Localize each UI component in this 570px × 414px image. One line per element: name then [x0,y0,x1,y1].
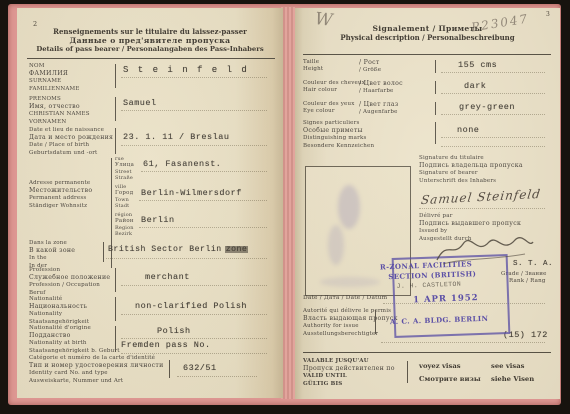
write-line [441,136,545,138]
left-page-header: Renseignements sur le titulaire du laiss… [17,27,283,53]
bearer-signature-label: Signature du titulaire Подпись владельца… [419,155,523,185]
header-line-en-de: Details of pass bearer / Personalangaben… [17,45,283,53]
write-line [121,352,267,354]
eyes-label-west: Couleur des yeux Eye colour [303,101,355,116]
header-line-ru: Данные о пред'явителе пропуска [17,36,283,45]
write-line [441,113,545,115]
field-divider [435,60,436,73]
passport-spread-photo: 2 Renseignements sur le titulaire du lai… [0,0,570,414]
identity-label: Catégorie et numéro de la carte d'identi… [29,355,164,385]
height-label-east: / Рост / Größe [359,59,381,74]
street-label: rue Улица Street Straße [115,156,134,181]
stamp-line-building: A. C. A. BLDG. BERLIN [390,314,489,326]
header-line-fr-ru: Signalement / Приметы [295,24,560,33]
zone-label: Dans la zone В какой зоне In the In der [29,240,75,270]
eyes-label-east: / Цвет глаз / Augenfarbe [359,101,399,116]
header-line-en-de: Physical description / Personalbeschreib… [295,33,560,42]
field-divider [115,297,116,321]
issuer-signature-scrawl [433,234,537,266]
marks-value: none [457,125,479,135]
write-line [139,199,267,201]
write-line [141,170,267,172]
town-value: Berlin-Wilmersdorf [141,188,242,198]
write-line [121,109,267,111]
write-line [139,226,267,228]
write-line [121,144,267,146]
see-visas-de: siehe Visen [491,375,534,383]
surname-value: S t e i n f e l d [123,65,249,75]
bearer-signature: Samuel Steinfeld [420,187,542,207]
height-value: 155 cms [458,60,497,70]
field-divider [115,97,116,121]
nationality-birth-value: Polish [157,326,191,336]
field-divider [169,360,170,378]
surname-label: NOM ФАМИЛИЯ SURNAME FAMILIENNAME [29,63,80,93]
right-page-number: 3 [546,11,550,18]
right-page: W P23047 3 Signalement / Приметы Physica… [295,8,560,399]
hair-value: dark [464,81,486,91]
profession-label: Profession Служебное положение Professio… [29,267,110,297]
field-divider [115,128,116,154]
header-rule [27,58,275,59]
hair-label-west: Couleur des cheveux Hair colour [303,80,365,95]
binding-gutter [281,7,296,399]
firstname-label: PRENOMS Имя, отчество CHRISTIAN NAMES VO… [29,96,90,126]
issuing-stamp: R-ZONAL FACILITIES SECTION (BRITISH) J. … [392,254,511,338]
write-line [121,313,267,315]
zone-struck-word: zone [226,245,248,254]
valid-until-label: VALABLE JUSQU'AU Пропуск действителен по… [303,358,395,388]
write-line [441,145,545,147]
nationality-label: Nationalité Национальность Nationality S… [29,296,89,326]
authority-label: Autorité qui délivre le permis Власть вы… [303,308,398,338]
header-rule [303,54,551,55]
birth-label: Date et lieu de naissance Дата и место р… [29,127,113,157]
height-label-west: Taille Height [303,59,323,74]
nationality-birth-label: Nationalité d'origine Подданство Nationa… [29,325,120,355]
stamp-line-section: SECTION (BRITISH) [388,269,476,281]
stamp-smudge [338,185,360,229]
birth-value: 23. 1. 11 / Breslau [123,132,229,142]
region-label: région Район Region Bezirk [115,212,134,237]
region-value: Berlin [141,215,175,225]
fremden-pass-note: Fremden pass No. [121,340,211,350]
see-visas-ru: Смотрите визы [419,375,481,383]
write-line [121,76,267,78]
field-divider [115,268,116,292]
profession-value: merchant [145,272,190,282]
field-divider [103,242,104,262]
field-divider [115,64,116,88]
field-divider [115,326,116,352]
section-rule [303,352,551,353]
write-line [381,341,545,343]
stamp-date: 1 APR 1952 [413,293,479,305]
field-divider [435,102,436,115]
street-value: 61, Fasanenst. [143,159,221,169]
write-line [106,257,267,259]
zone-value: British Sector Berlinzone [108,245,247,254]
hair-label-east: / Цвет волос / Haarfarbe [359,80,403,95]
write-line [419,207,545,209]
nationality-value: non-clarified Polish [135,301,247,311]
field-divider [435,122,436,144]
stamp-smudge [320,277,380,287]
marks-label: Signes particuliers Особые приметы Disti… [303,120,374,150]
address-label: Adresse permanente Местожительство Perma… [29,180,92,210]
header-line-fr: Renseignements sur le titulaire du laiss… [17,27,283,36]
stamp-officer-typed: J. H. CASTLETON [397,281,462,290]
stamp-smudge [328,225,344,265]
see-visas-en: see visas [491,362,524,370]
identity-value: 632/51 [183,363,217,373]
write-line [177,375,257,377]
date-label: Date / Дата / Date / Datum [303,295,387,303]
write-line [441,92,545,94]
field-divider [435,81,436,94]
town-label: ville Город Town Stadt [115,184,133,209]
eyes-value: grey-green [459,102,515,112]
write-line [441,71,545,73]
field-divider [375,310,376,334]
see-visas-fr: voyez visas [419,362,461,370]
write-line [121,284,267,286]
write-line [121,337,267,339]
left-page: 2 Renseignements sur le titulaire du lai… [17,8,283,398]
firstname-value: Samuel [123,98,157,108]
field-divider [407,361,408,383]
right-page-header: Signalement / Приметы Physical descripti… [295,24,560,42]
